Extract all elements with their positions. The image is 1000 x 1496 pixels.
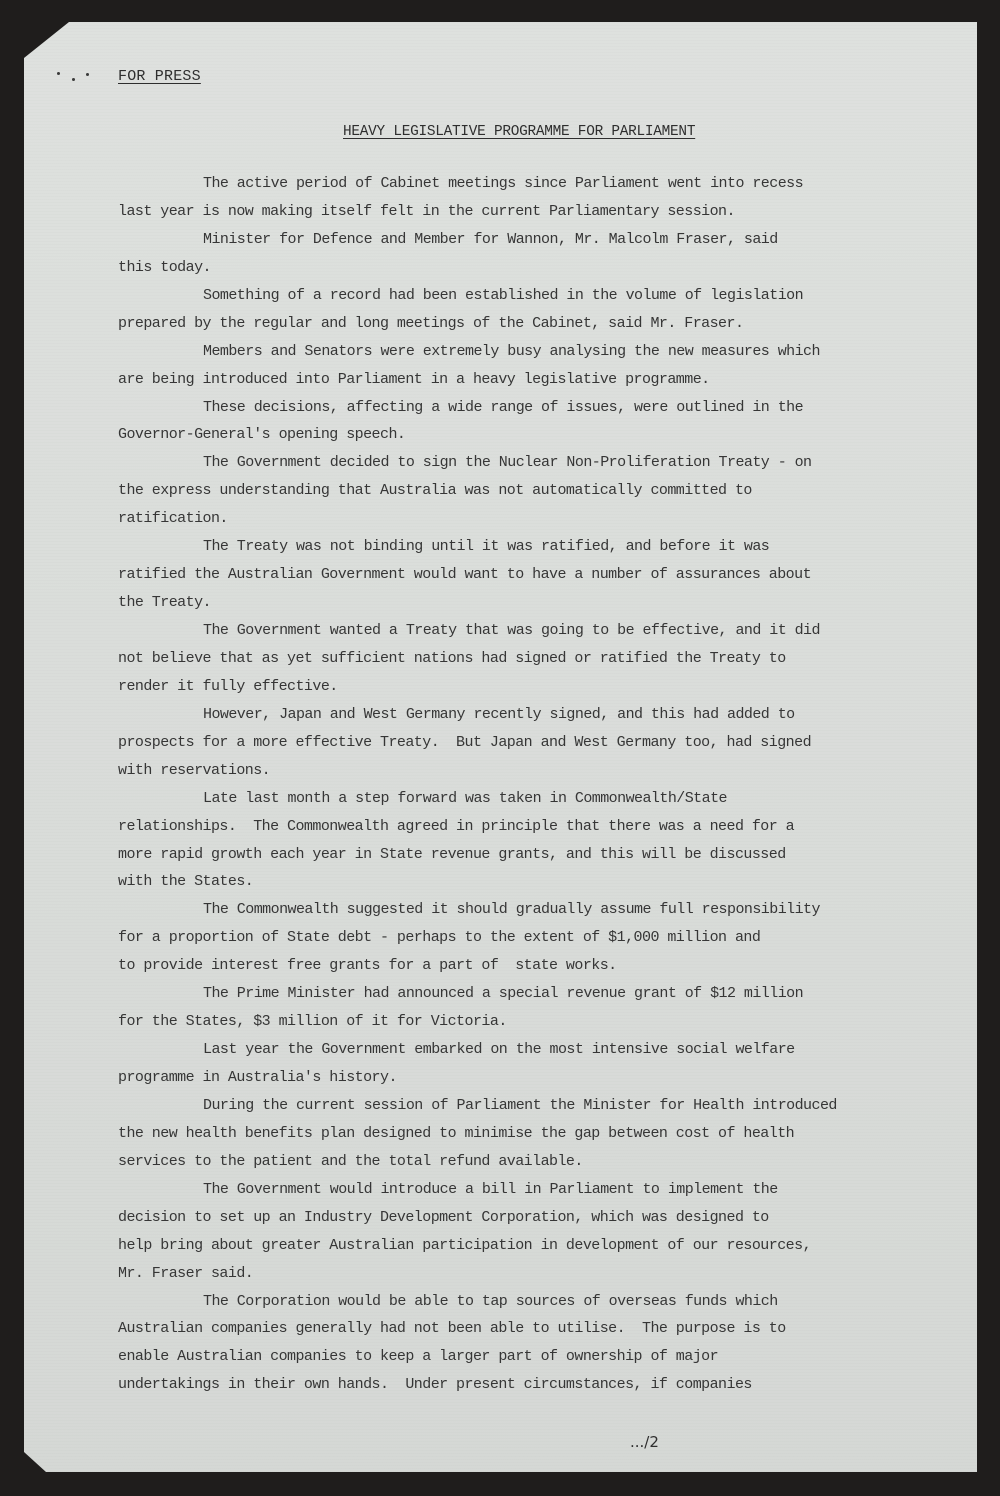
- text-line: Something of a record had been establish…: [118, 282, 918, 310]
- paragraph: The Government would introduce a bill in…: [118, 1176, 918, 1288]
- text-line: to provide interest free grants for a pa…: [118, 952, 918, 980]
- text-line: The active period of Cabinet meetings si…: [118, 170, 918, 198]
- text-line: However, Japan and West Germany recently…: [118, 701, 918, 729]
- text-line: not believe that as yet sufficient natio…: [118, 645, 918, 673]
- text-line: Australian companies generally had not b…: [118, 1315, 918, 1343]
- text-line: for a proportion of State debt - perhaps…: [118, 924, 918, 952]
- paragraph: The Prime Minister had announced a speci…: [118, 980, 918, 1036]
- text-line: Mr. Fraser said.: [118, 1260, 918, 1288]
- text-line: During the current session of Parliament…: [118, 1092, 918, 1120]
- paragraph: The active period of Cabinet meetings si…: [118, 170, 918, 226]
- punch-hole-mark: [86, 73, 89, 76]
- text-line: The Government wanted a Treaty that was …: [118, 617, 918, 645]
- page-continuation-marker: .../2: [630, 1433, 659, 1451]
- text-line: Last year the Government embarked on the…: [118, 1036, 918, 1064]
- text-line: the new health benefits plan designed to…: [118, 1120, 918, 1148]
- text-line: the Treaty.: [118, 589, 918, 617]
- text-line: The Corporation would be able to tap sou…: [118, 1288, 918, 1316]
- text-line: The Prime Minister had announced a speci…: [118, 980, 918, 1008]
- document-title: HEAVY LEGISLATIVE PROGRAMME FOR PARLIAME…: [343, 124, 695, 140]
- text-line: Members and Senators were extremely busy…: [118, 338, 918, 366]
- text-line: relationships. The Commonwealth agreed i…: [118, 813, 918, 841]
- text-line: more rapid growth each year in State rev…: [118, 841, 918, 869]
- text-line: Governor-General's opening speech.: [118, 421, 918, 449]
- text-line: ratified the Australian Government would…: [118, 561, 918, 589]
- paragraph: During the current session of Parliament…: [118, 1092, 918, 1176]
- paragraph: The Government wanted a Treaty that was …: [118, 617, 918, 701]
- text-line: Late last month a step forward was taken…: [118, 785, 918, 813]
- text-line: with reservations.: [118, 757, 918, 785]
- paragraph: Members and Senators were extremely busy…: [118, 338, 918, 394]
- paragraph: The Corporation would be able to tap sou…: [118, 1288, 918, 1400]
- text-line: prepared by the regular and long meeting…: [118, 310, 918, 338]
- paragraph: Last year the Government embarked on the…: [118, 1036, 918, 1092]
- text-line: The Commonwealth suggested it should gra…: [118, 896, 918, 924]
- text-line: prospects for a more effective Treaty. B…: [118, 729, 918, 757]
- text-line: last year is now making itself felt in t…: [118, 198, 918, 226]
- text-line: help bring about greater Australian part…: [118, 1232, 918, 1260]
- text-line: ratification.: [118, 505, 918, 533]
- text-line: The Government decided to sign the Nucle…: [118, 449, 918, 477]
- paragraph: Late last month a step forward was taken…: [118, 785, 918, 897]
- text-line: for the States, $3 million of it for Vic…: [118, 1008, 918, 1036]
- text-line: are being introduced into Parliament in …: [118, 366, 918, 394]
- text-line: The Government would introduce a bill in…: [118, 1176, 918, 1204]
- paragraph: The Treaty was not binding until it was …: [118, 533, 918, 617]
- paragraph: The Commonwealth suggested it should gra…: [118, 896, 918, 980]
- paragraph: These decisions, affecting a wide range …: [118, 394, 918, 450]
- paragraph: However, Japan and West Germany recently…: [118, 701, 918, 785]
- text-line: render it fully effective.: [118, 673, 918, 701]
- document-body: The active period of Cabinet meetings si…: [118, 170, 918, 1399]
- header-label: FOR PRESS: [118, 68, 201, 85]
- paragraph: Something of a record had been establish…: [118, 282, 918, 338]
- text-line: undertakings in their own hands. Under p…: [118, 1371, 918, 1399]
- paragraph: The Government decided to sign the Nucle…: [118, 449, 918, 533]
- text-line: These decisions, affecting a wide range …: [118, 394, 918, 422]
- text-line: the express understanding that Australia…: [118, 477, 918, 505]
- paragraph: Minister for Defence and Member for Wann…: [118, 226, 918, 282]
- text-line: enable Australian companies to keep a la…: [118, 1343, 918, 1371]
- text-line: this today.: [118, 254, 918, 282]
- text-line: with the States.: [118, 868, 918, 896]
- text-line: Minister for Defence and Member for Wann…: [118, 226, 918, 254]
- text-line: decision to set up an Industry Developme…: [118, 1204, 918, 1232]
- punch-hole-mark: [72, 78, 75, 81]
- text-line: The Treaty was not binding until it was …: [118, 533, 918, 561]
- text-line: services to the patient and the total re…: [118, 1148, 918, 1176]
- text-line: programme in Australia's history.: [118, 1064, 918, 1092]
- punch-hole-mark: [57, 72, 60, 75]
